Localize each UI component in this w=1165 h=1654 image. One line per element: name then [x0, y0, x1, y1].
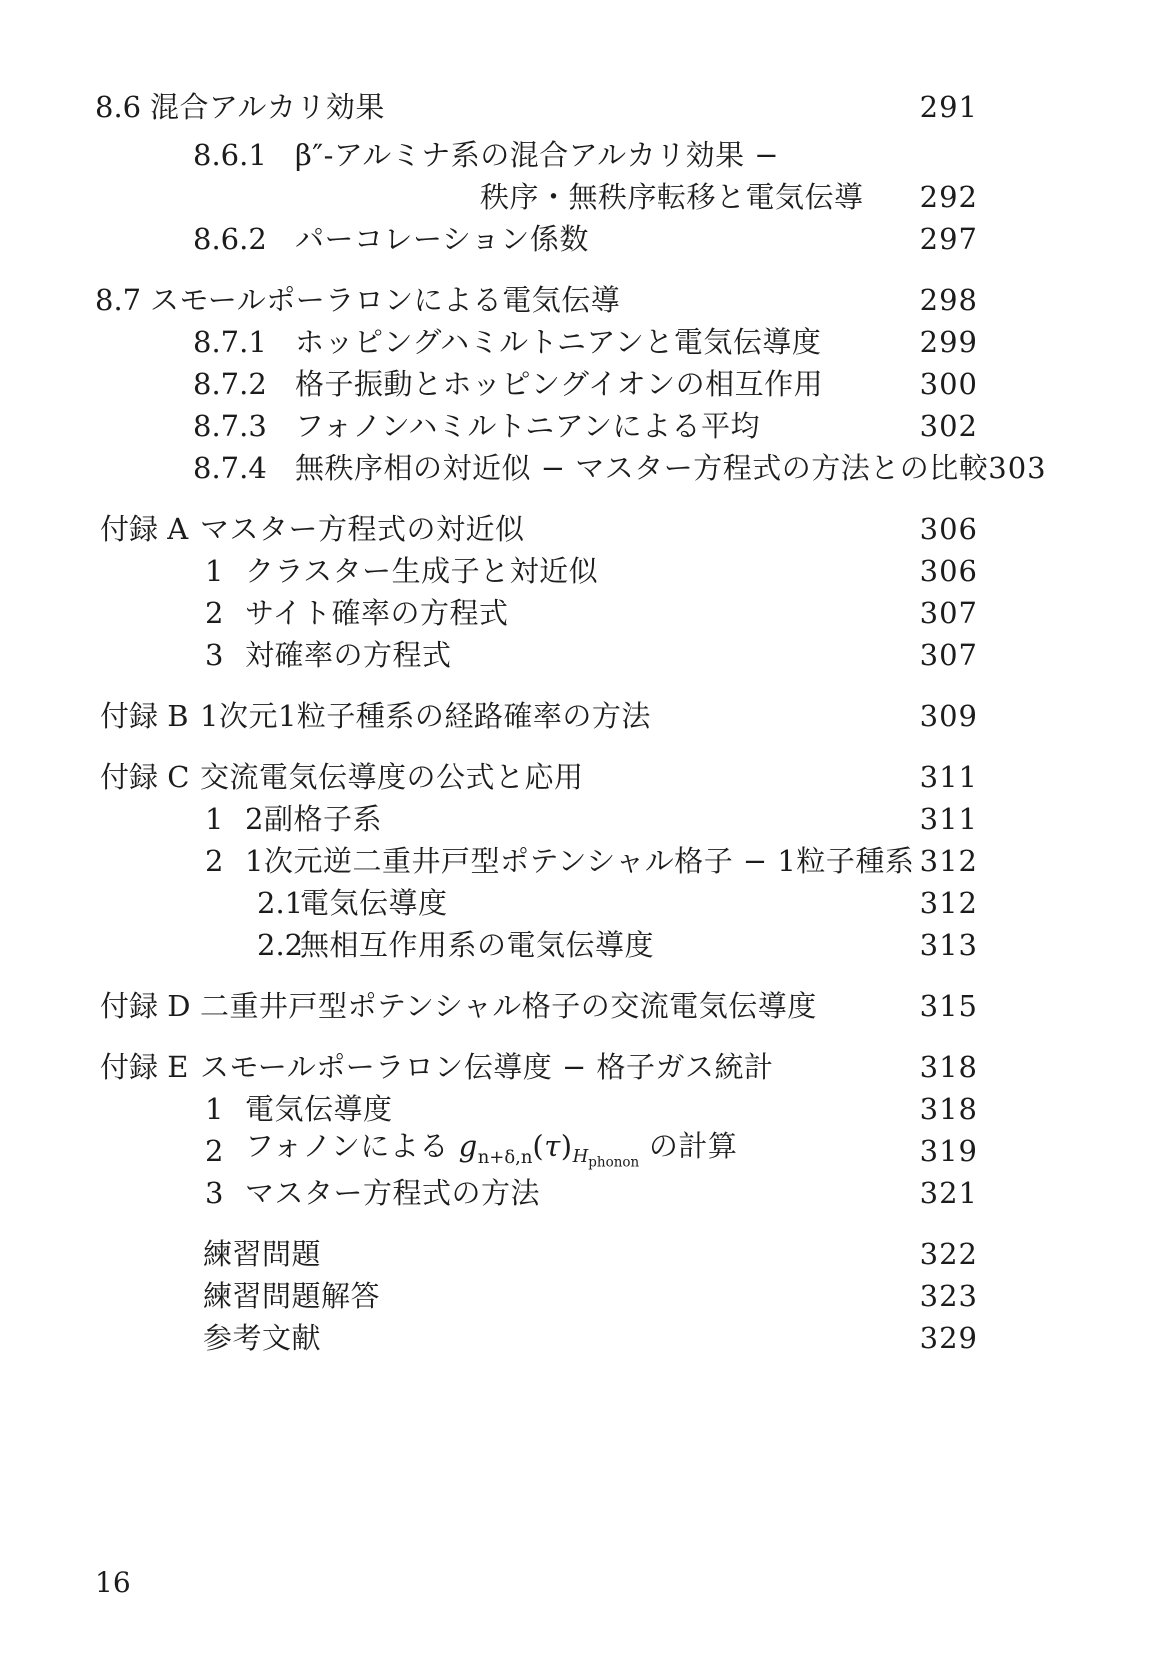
toc-entry: 付録 E スモールポーラロン伝導度 − 格子ガス統計 318 [95, 1046, 978, 1088]
toc-entry: 付録 A マスター方程式の対近似 306 [95, 508, 978, 550]
toc-entry: 8.6 混合アルカリ効果 291 [95, 86, 978, 128]
toc-page: 8.6 混合アルカリ効果 291 8.6.1 β″-アルミナ系の混合アルカリ効果… [0, 0, 1165, 1654]
toc-entry: 2.1 電気伝導度 312 [257, 882, 978, 924]
entry-number: 1 [205, 805, 245, 834]
entry-number: 2 [205, 1137, 245, 1166]
entry-title: クラスター生成子と対近似 [245, 557, 598, 586]
entry-page: 311 [920, 805, 978, 834]
formula-H: H [573, 1146, 589, 1167]
formula-H-subscript: Hphonon [573, 1146, 640, 1167]
entry-number: 8.7 [95, 286, 150, 315]
entry-page: 291 [920, 93, 978, 122]
entry-title: パーコレーション係数 [295, 225, 589, 254]
entry-number: 付録 D [95, 992, 200, 1021]
entry-number: 付録 C [95, 763, 200, 792]
entry-number: 3 [205, 1179, 245, 1208]
entry-page: 292 [920, 183, 978, 212]
entry-title: マスター方程式の方法 [245, 1179, 540, 1208]
entry-number: 8.7.3 [193, 412, 295, 441]
entry-number: 1 [205, 1095, 245, 1124]
toc-entry: 3 対確率の方程式 307 [205, 634, 978, 676]
toc-entry: 8.6.1 β″-アルミナ系の混合アルカリ効果 − [193, 134, 978, 176]
entry-page: 306 [920, 557, 978, 586]
toc-entry: 8.7.2 格子振動とホッピングイオンの相互作用 300 [193, 363, 978, 405]
entry-number: 8.7.4 [193, 454, 295, 483]
entry-number: 8.6.2 [193, 225, 295, 254]
formula-prefix: フォノンによる [245, 1129, 459, 1163]
formula-tau: τ [544, 1129, 561, 1163]
entry-number: 付録 A [95, 515, 200, 544]
entry-number: 8.7.2 [193, 370, 295, 399]
entry-title: 二重井戸型ポテンシャル格子の交流電気伝導度 [200, 992, 817, 1021]
entry-number: 8.7.1 [193, 328, 295, 357]
entry-page: 307 [920, 641, 978, 670]
formula-rparen: ) [561, 1129, 573, 1163]
toc-entry: 8.7.4 無秩序相の対近似 − マスター方程式の方法との比較 303 [193, 447, 978, 489]
entry-title: 混合アルカリ効果 [150, 93, 385, 122]
page-number-footer: 16 [95, 1566, 131, 1599]
entry-number: 2.2 [257, 931, 300, 960]
toc-entry: 参考文献 329 [203, 1317, 978, 1359]
entry-title: スモールポーラロンによる電気伝導 [150, 286, 620, 315]
entry-number: 2 [205, 599, 245, 628]
entry-title: ホッピングハミルトニアンと電気伝導度 [295, 328, 821, 357]
entry-page: 306 [920, 515, 978, 544]
toc-entry: 練習問題解答 323 [203, 1275, 978, 1317]
toc-entry: 2 サイト確率の方程式 307 [205, 592, 978, 634]
toc-entry-continuation: 秩序・無秩序転移と電気伝導 292 [480, 176, 978, 218]
toc-entry: 8.7.3 フォノンハミルトニアンによる平均 302 [193, 405, 978, 447]
entry-page: 307 [920, 599, 978, 628]
entry-number: 8.6 [95, 93, 150, 122]
entry-title: スモールポーラロン伝導度 − 格子ガス統計 [200, 1053, 774, 1082]
entry-title: マスター方程式の対近似 [200, 515, 525, 544]
entry-page: 309 [920, 702, 978, 731]
toc-entry: 練習問題 322 [203, 1233, 978, 1275]
toc-entry: 1 2副格子系 311 [205, 798, 978, 840]
entry-page: 298 [920, 286, 978, 315]
table-of-contents: 8.6 混合アルカリ効果 291 8.6.1 β″-アルミナ系の混合アルカリ効果… [95, 86, 978, 1359]
formula-g: g [459, 1129, 478, 1163]
toc-entry: 8.7 スモールポーラロンによる電気伝導 298 [95, 279, 978, 321]
entry-number: 1 [205, 557, 245, 586]
entry-title: 秩序・無秩序転移と電気伝導 [480, 183, 864, 212]
entry-page: 299 [920, 328, 978, 357]
entry-title-formula: フォノンによる gn+δ,n(τ)Hphonon の計算 [245, 1132, 737, 1171]
entry-title: 練習問題 [203, 1240, 321, 1269]
entry-page: 312 [920, 889, 978, 918]
entry-number: 3 [205, 641, 245, 670]
entry-page: 313 [920, 931, 978, 960]
entry-title: 無秩序相の対近似 − マスター方程式の方法との比較 [295, 454, 988, 483]
entry-number: 2.1 [257, 889, 300, 918]
toc-entry: 2.2 無相互作用系の電気伝導度 313 [257, 924, 978, 966]
entry-page: 303 [988, 454, 1046, 483]
entry-page: 318 [920, 1095, 978, 1124]
toc-entry: 3 マスター方程式の方法 321 [205, 1172, 978, 1214]
entry-page: 315 [920, 992, 978, 1021]
formula-phonon-subscript: phonon [588, 1155, 639, 1171]
entry-page: 311 [920, 763, 978, 792]
toc-entry: 8.6.2 パーコレーション係数 297 [193, 218, 978, 260]
entry-title: 電気伝導度 [245, 1095, 393, 1124]
entry-title: サイト確率の方程式 [245, 599, 508, 628]
formula-suffix: の計算 [639, 1129, 737, 1163]
entry-title: 参考文献 [203, 1324, 321, 1353]
entry-title: 電気伝導度 [300, 889, 448, 918]
entry-title: 対確率の方程式 [245, 641, 452, 670]
toc-entry: 付録 D 二重井戸型ポテンシャル格子の交流電気伝導度 315 [95, 985, 978, 1027]
entry-title: β″-アルミナ系の混合アルカリ効果 − [295, 141, 779, 170]
toc-entry: 2 フォノンによる gn+δ,n(τ)Hphonon の計算 319 [205, 1130, 978, 1172]
entry-page: 329 [920, 1324, 978, 1353]
toc-entry: 付録 B 1次元1粒子種系の経路確率の方法 309 [95, 695, 978, 737]
entry-title: 無相互作用系の電気伝導度 [300, 931, 654, 960]
entry-number: 付録 B [95, 702, 200, 731]
entry-title: フォノンハミルトニアンによる平均 [295, 412, 760, 441]
entry-page: 321 [920, 1179, 978, 1208]
entry-number: 8.6.1 [193, 141, 295, 170]
toc-entry: 1 電気伝導度 318 [205, 1088, 978, 1130]
entry-page: 300 [920, 370, 978, 399]
entry-page: 312 [920, 847, 978, 876]
toc-entry: 8.7.1 ホッピングハミルトニアンと電気伝導度 299 [193, 321, 978, 363]
entry-page: 302 [920, 412, 978, 441]
toc-entry: 2 1次元逆二重井戸型ポテンシャル格子 − 1粒子種系 312 [205, 840, 978, 882]
entry-page: 319 [920, 1137, 978, 1166]
entry-number: 付録 E [95, 1053, 200, 1082]
entry-page: 322 [920, 1240, 978, 1269]
toc-entry: 付録 C 交流電気伝導度の公式と応用 311 [95, 756, 978, 798]
entry-title: 格子振動とホッピングイオンの相互作用 [295, 370, 823, 399]
entry-title: 1次元逆二重井戸型ポテンシャル格子 − 1粒子種系 [245, 847, 914, 876]
entry-title: 練習問題解答 [203, 1282, 380, 1311]
entry-page: 323 [920, 1282, 978, 1311]
entry-title: 交流電気伝導度の公式と応用 [200, 763, 584, 792]
entry-page: 297 [920, 225, 978, 254]
formula-g-subscript: n+δ,n [478, 1146, 533, 1167]
entry-number: 2 [205, 847, 245, 876]
entry-title: 2副格子系 [245, 805, 382, 834]
toc-entry: 1 クラスター生成子と対近似 306 [205, 550, 978, 592]
entry-title: 1次元1粒子種系の経路確率の方法 [200, 702, 651, 731]
entry-page: 318 [920, 1053, 978, 1082]
formula-lparen: ( [532, 1129, 544, 1163]
